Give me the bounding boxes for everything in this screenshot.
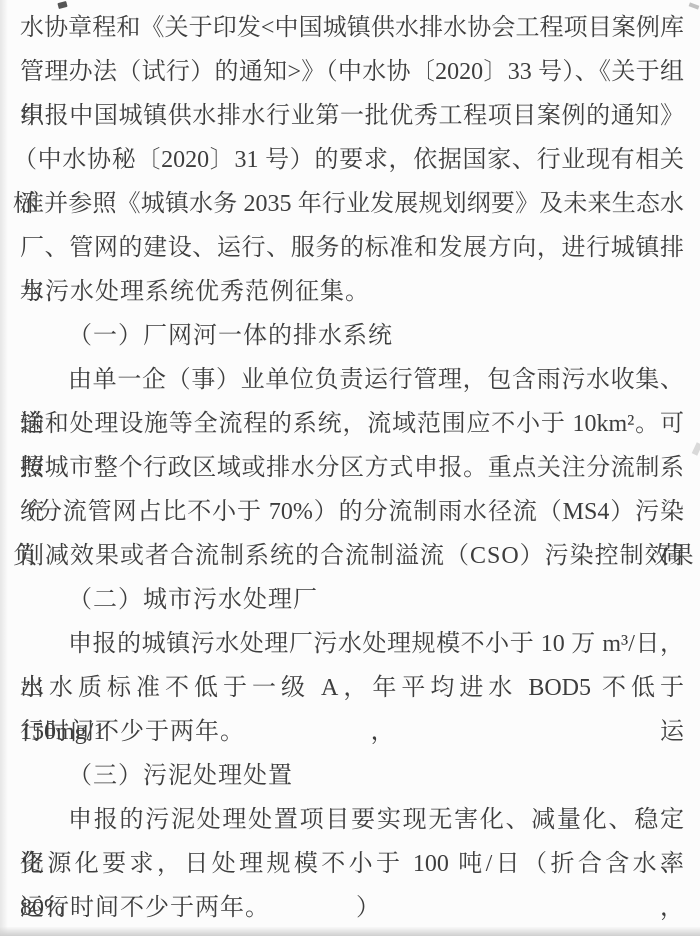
- scan-edge-shadow-left: [0, 0, 8, 936]
- document-body: 水协章程和《关于印发<中国城镇供水排水协会工程项目案例库 管理办法（试行）的通知…: [20, 6, 684, 930]
- text-line: 资源化要求，日处理规模不小于 100 吨/日（折合含水率 80%），: [20, 842, 684, 886]
- text-line: 照城市整个行政区域或排水分区方式申报。重点关注分流制系统: [20, 446, 684, 490]
- section-heading: （二）城市污水处理厂: [20, 578, 684, 622]
- text-line: 申报的污泥处理处置项目要实现无害化、减量化、稳定化、: [20, 798, 684, 842]
- text-line: 水水质标准不低于一级 A，年平均进水 BOD5 不低于 150mg/1，运: [20, 666, 684, 710]
- section-heading: （三）污泥处理处置: [20, 754, 684, 798]
- text-line: 申报的城镇污水处理厂污水处理规模不小于 10 万 m³/日，出: [20, 622, 684, 666]
- text-line: 送和处理设施等全流程的系统，流域范围应不小于 10km²。可按: [20, 402, 684, 446]
- text-line: 申报中国城镇供水排水行业第一批优秀工程项目案例的通知》: [20, 94, 684, 138]
- document-page: 水协章程和《关于印发<中国城镇供水排水协会工程项目案例库 管理办法（试行）的通知…: [0, 0, 700, 936]
- text-line: 准并参照《城镇水务 2035 年行业发展规划纲要》及未来生态水: [20, 182, 684, 226]
- text-line: 由单一企（事）业单位负责运行管理，包含雨污水收集、输: [20, 358, 684, 402]
- section-heading: （一）厂网河一体的排水系统: [20, 314, 684, 358]
- text-line: （中水协秘〔2020〕31 号）的要求，依据国家、行业现有相关标: [13, 138, 684, 182]
- text-line: （分流管网占比不小于 70%）的分流制雨水径流（MS4）污染负荷: [13, 490, 684, 534]
- text-line: 水协章程和《关于印发<中国城镇供水排水协会工程项目案例库: [20, 6, 684, 50]
- text-line: 与污水处理系统优秀范例征集。: [20, 270, 684, 314]
- text-line: 管理办法（试行）的通知>》（中水协〔2020〕33 号）、《关于组织: [20, 50, 684, 94]
- scan-speck-top-right: [689, 2, 700, 9]
- text-line: 厂、管网的建设、运行、服务的标准和发展方向，进行城镇排水: [20, 226, 684, 270]
- text-line: 削减效果或者合流制系统的合流制溢流（CSO）污染控制效果: [20, 534, 684, 578]
- scan-speck-mid-right: [692, 442, 700, 455]
